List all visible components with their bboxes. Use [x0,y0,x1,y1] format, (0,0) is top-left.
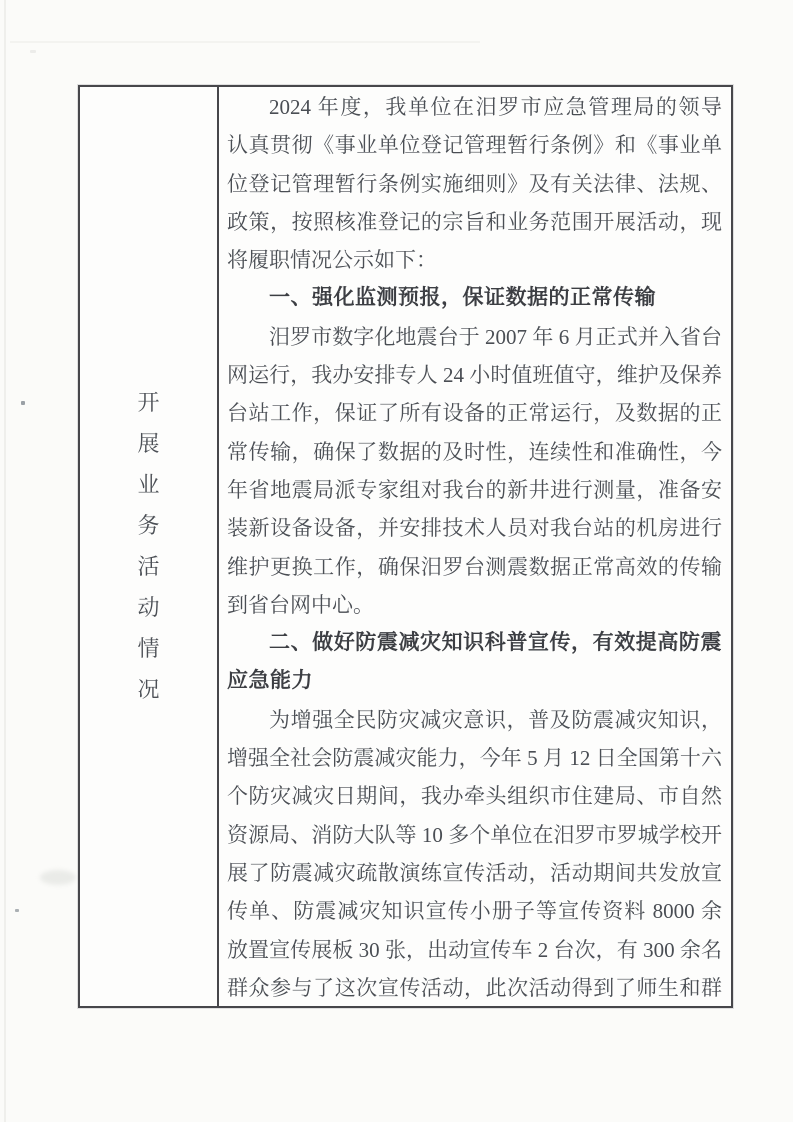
text-line: 群众参与了这次宣传活动，此次活动得到了师生和群 [227,969,722,1006]
text-line: 个防灾减灾日期间，我办牵头组织市住建局、市自然 [227,777,722,815]
report-body-cell: 2024 年度，我单位在汨罗市应急管理局的领导下，认真贯彻《事业单位登记管理暂行… [219,87,731,1006]
row-header-char: 情 [137,638,159,660]
text-line: 汨罗市数字化地震台于 2007 年 6 月正式并入省台 [227,318,722,356]
text-line: 常传输，确保了数据的及时性，连续性和准确性，今 [227,433,722,471]
text-line: 台站工作，保证了所有设备的正常运行，及数据的正 [227,394,722,432]
text-line: 增强全社会防震减灾能力，今年 5 月 12 日全国第十六 [227,739,722,777]
row-header-char: 况 [137,679,159,701]
text-line: 到省台网中心。 [227,586,722,624]
text-line: 位登记管理暂行条例实施细则》及有关法律、法规、 [227,165,722,203]
row-header-char: 开 [137,392,159,414]
text-line: 2024 年度，我单位在汨罗市应急管理局的领导下， [227,88,722,126]
row-header-char: 动 [137,597,159,619]
text-line: 年省地震局派专家组对我台的新井进行测量，准备安 [227,471,722,509]
text-line: 资源局、消防大队等 10 多个单位在汨罗市罗城学校开 [227,816,722,854]
scan-edge-artifact [4,0,6,1122]
scan-streak-artifact [10,41,480,43]
row-header-cell: 开展业务活动情况 [80,87,219,1006]
scanned-document-page: 开展业务活动情况 2024 年度，我单位在汨罗市应急管理局的领导下，认真贯彻《事… [0,0,793,1122]
row-header-char: 活 [137,556,159,578]
section-heading-line: 应急能力 [227,662,722,700]
text-line: 将履职情况公示如下： [227,241,722,279]
scan-speck [15,909,19,912]
text-line: 政策，按照核准登记的宗旨和业务范围开展活动，现 [227,203,722,241]
row-header-label: 开展业务活动情况 [137,392,159,701]
row-header-char: 展 [137,433,159,455]
report-table: 开展业务活动情况 2024 年度，我单位在汨罗市应急管理局的领导下，认真贯彻《事… [78,85,733,1008]
text-line: 装新设备设备，并安排技术人员对我台站的机房进行 [227,509,722,547]
scan-speck [21,401,25,405]
text-line: 展了防震减灾疏散演练宣传活动，活动期间共发放宣 [227,854,722,892]
text-line: 为增强全民防灾减灾意识，普及防震减灾知识， [227,701,722,739]
text-line: 放置宣传展板 30 张，出动宣传车 2 台次，有 300 余名 [227,931,722,969]
section-heading-line: 二、做好防震减灾知识科普宣传，有效提高防震 [227,624,722,662]
text-line: 网运行，我办安排专人 24 小时值班值守，维护及保养 [227,356,722,394]
row-header-char: 务 [137,515,159,537]
text-line: 维护更换工作，确保汨罗台测震数据正常高效的传输 [227,548,722,586]
scan-speck [30,50,36,53]
text-line: 认真贯彻《事业单位登记管理暂行条例》和《事业单 [227,126,722,164]
row-header-char: 业 [137,474,159,496]
section-heading-line: 一、强化监测预报，保证数据的正常传输 [227,279,722,317]
scan-smudge-artifact [40,870,76,885]
text-line: 传单、防震减灾知识宣传小册子等宣传资料 8000 余份， [227,892,722,930]
